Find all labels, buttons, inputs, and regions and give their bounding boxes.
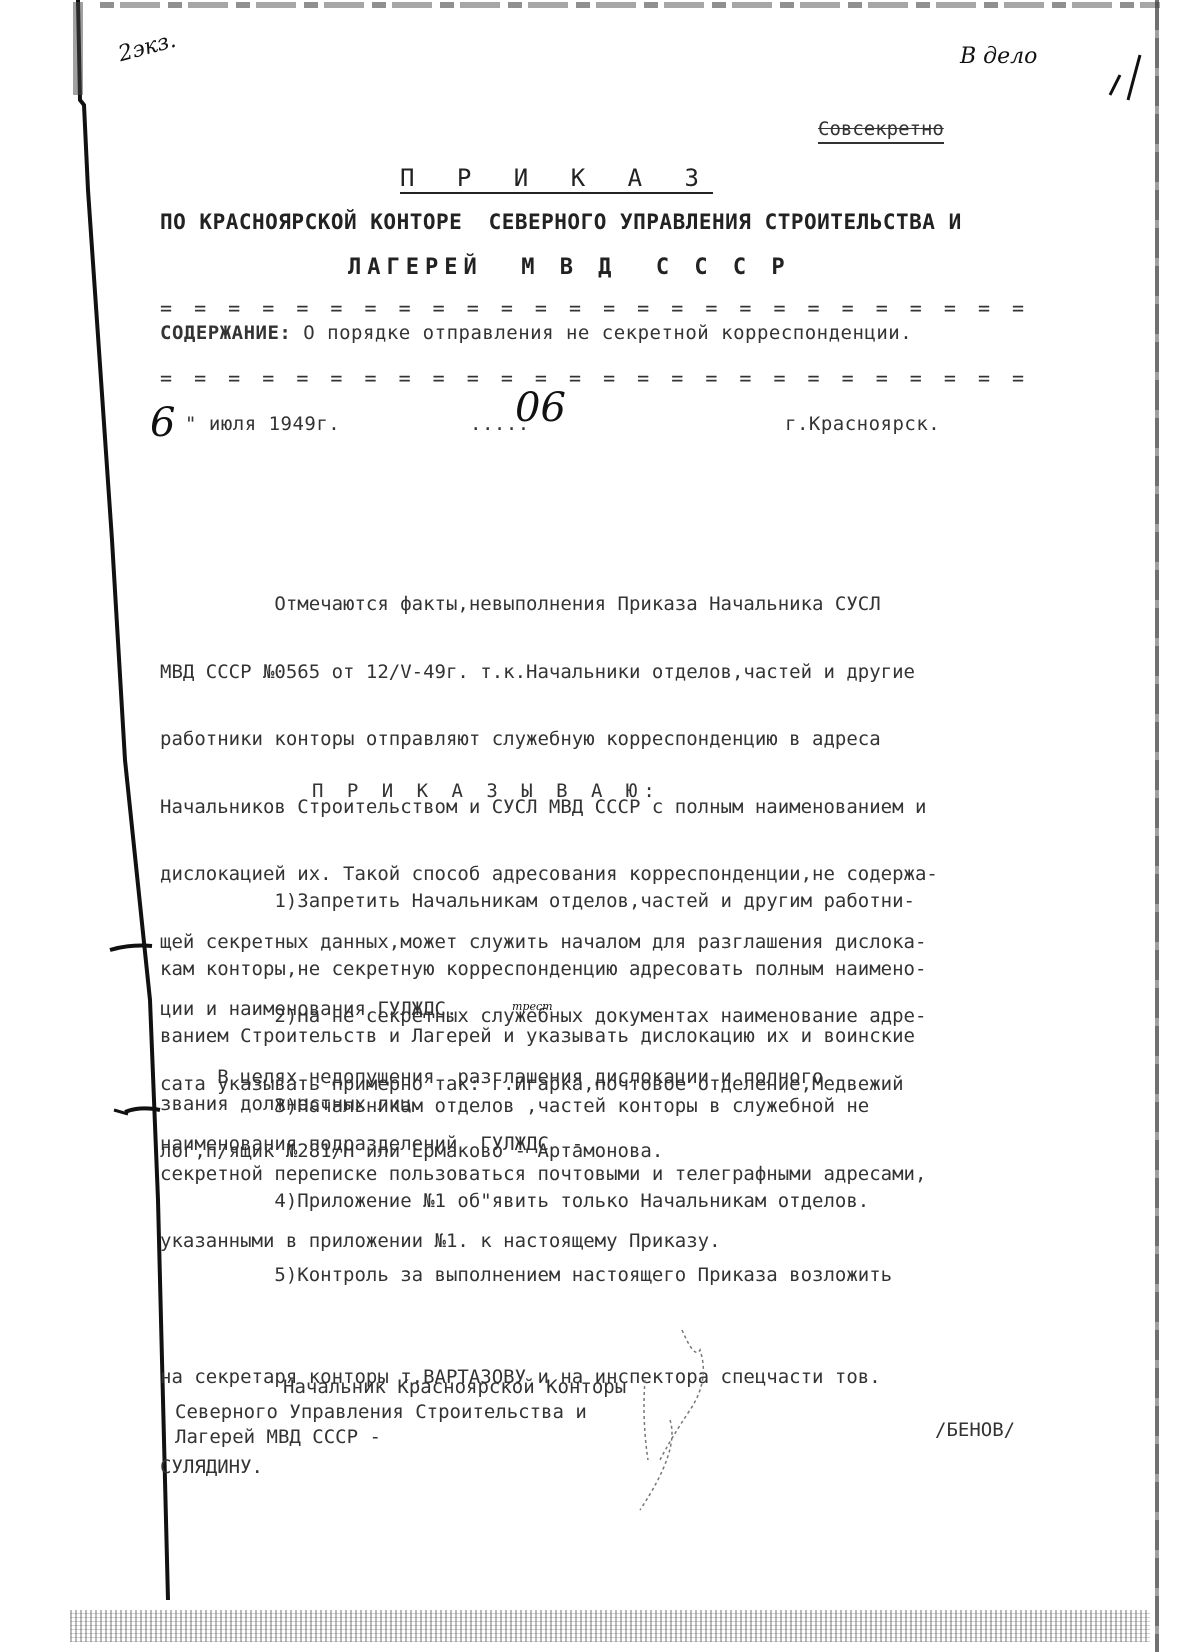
subject-label: СОДЕРЖАНИЕ: bbox=[160, 322, 291, 344]
signatory-title-line2: Северного Управления Строительства и bbox=[175, 1400, 587, 1425]
separator-top: = = = = = = = = = = = = = = = = = = = = … bbox=[160, 302, 1040, 314]
signatory-title-line3: Лагерей МВД СССР - bbox=[175, 1425, 381, 1450]
item-line: 3)Начальникам отделов ,частей конторы в … bbox=[160, 1095, 1080, 1118]
subject-text: О порядке отправления не секретной корре… bbox=[303, 322, 912, 344]
scanned-document-page: 2экз. В дело Совсекретно П Р И К А З ПО … bbox=[0, 0, 1200, 1652]
item-line: 2)На не секретных служебных документах н… bbox=[160, 1005, 1080, 1028]
scan-noise-bottom bbox=[70, 1610, 1150, 1642]
heading-organization-line1: ПО КРАСНОЯРСКОЙ КОНТОРЕ СЕВЕРНОГО УПРАВЛ… bbox=[160, 210, 962, 234]
document-title: П Р И К А З bbox=[400, 164, 713, 192]
handwritten-file-note: В дело bbox=[960, 44, 1037, 69]
handwritten-signature bbox=[600, 1320, 760, 1520]
separator-bottom: = = = = = = = = = = = = = = = = = = = = … bbox=[160, 372, 1040, 384]
handwritten-date-day: 6 bbox=[150, 400, 175, 446]
struck-classification-stamp: Совсекретно bbox=[818, 118, 944, 144]
item-line: 5)Контроль за выполнением настоящего При… bbox=[160, 1258, 1080, 1292]
scan-edge-top bbox=[100, 2, 1160, 8]
heading-organization-line2: ЛАГЕРЕЙ М В Д С С С Р bbox=[348, 255, 791, 280]
signatory-title-line1: Начальник Красноярской Конторы bbox=[283, 1375, 626, 1400]
handwritten-copies-note: 2экз. bbox=[116, 28, 179, 67]
signatory-name: /БЕНОВ/ bbox=[935, 1418, 1015, 1443]
preamble-line: МВД СССР №0565 от 12/V-49г. т.к.Начальни… bbox=[160, 661, 1080, 684]
preamble-line: работники конторы отправляют служебную к… bbox=[160, 728, 1080, 751]
place-of-issue: г.Красноярск. bbox=[785, 413, 940, 435]
item-line: 1)Запретить Начальникам отделов,частей и… bbox=[160, 890, 1080, 913]
order-date: " июля 1949г. bbox=[185, 413, 340, 435]
handwritten-order-number: 06 bbox=[515, 385, 566, 431]
subject-line: СОДЕРЖАНИЕ: О порядке отправления не сек… bbox=[160, 322, 912, 344]
order-directive-word: П Р И К А З Ы В А Ю: bbox=[312, 780, 661, 802]
preamble-line: Отмечаются факты,невыполнения Приказа На… bbox=[160, 593, 1080, 616]
handwritten-insert: трест bbox=[512, 1000, 553, 1013]
scan-edge-right bbox=[1155, 0, 1159, 1652]
